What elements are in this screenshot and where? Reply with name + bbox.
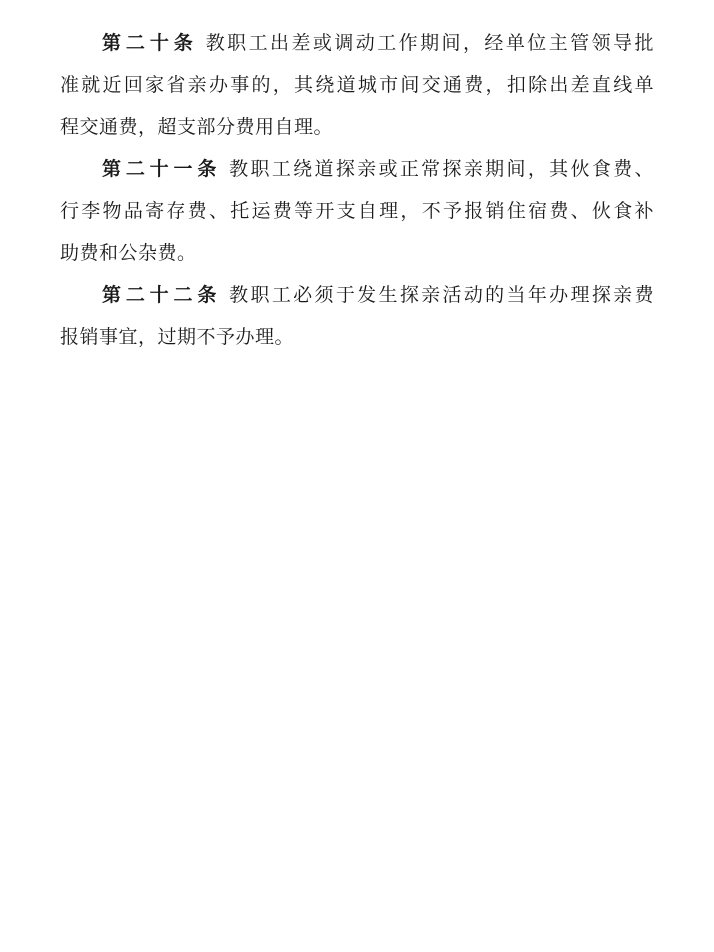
article-line: 第二十条教职工出差或调动工作期间，经单位主管领导批 — [60, 22, 654, 64]
article-heading: 第二十一条 — [102, 158, 221, 180]
article-line: 第二十二条教职工必须于发生探亲活动的当年办理探亲费 — [60, 274, 654, 316]
article-text: 教职工必须于发生探亲活动的当年办理探亲费 — [229, 284, 654, 306]
document-page: 第二十条教职工出差或调动工作期间，经单位主管领导批 准就近回家省亲办事的，其绕道… — [60, 22, 654, 358]
article-21: 第二十一条教职工绕道探亲或正常探亲期间，其伙食费、 行李物品寄存费、托运费等开支… — [60, 148, 654, 274]
article-line: 报销事宜，过期不予办理。 — [60, 316, 654, 358]
article-line: 第二十一条教职工绕道探亲或正常探亲期间，其伙食费、 — [60, 148, 654, 190]
article-22: 第二十二条教职工必须于发生探亲活动的当年办理探亲费 报销事宜，过期不予办理。 — [60, 274, 654, 358]
article-line: 行李物品寄存费、托运费等开支自理，不予报销住宿费、伙食补 — [60, 190, 654, 232]
article-line: 准就近回家省亲办事的，其绕道城市间交通费，扣除出差直线单 — [60, 64, 654, 106]
article-text: 教职工绕道探亲或正常探亲期间，其伙食费、 — [229, 158, 654, 180]
article-heading: 第二十条 — [102, 32, 198, 54]
article-heading: 第二十二条 — [102, 284, 221, 306]
article-text: 教职工出差或调动工作期间，经单位主管领导批 — [206, 32, 654, 54]
article-line: 程交通费，超支部分费用自理。 — [60, 106, 654, 148]
article-line: 助费和公杂费。 — [60, 232, 654, 274]
article-20: 第二十条教职工出差或调动工作期间，经单位主管领导批 准就近回家省亲办事的，其绕道… — [60, 22, 654, 148]
